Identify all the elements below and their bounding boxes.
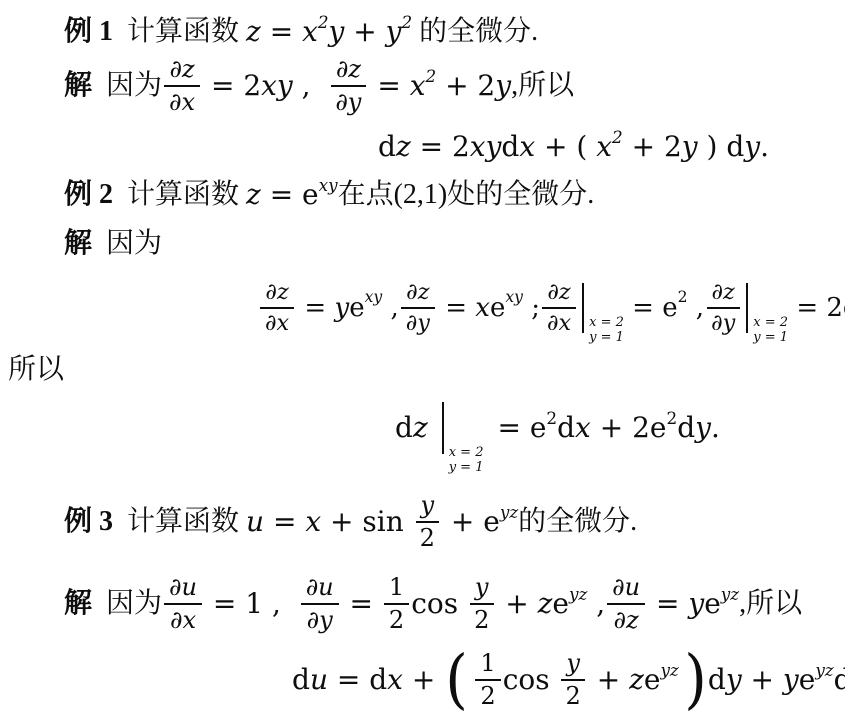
superscript: 2 <box>546 409 557 427</box>
denominator: ∂y <box>401 309 435 337</box>
numerator: ∂z <box>401 280 434 309</box>
math-text: e <box>490 294 505 323</box>
cjk-text: 所以 <box>8 355 64 386</box>
math-text: , <box>382 294 399 323</box>
math-text: , <box>688 294 705 323</box>
math-variable: y <box>695 413 711 444</box>
math-variable: y <box>386 17 402 48</box>
math-text: + <box>403 665 444 696</box>
math-variable: u <box>310 665 328 696</box>
numerator: ∂u <box>301 574 339 605</box>
evaluation-point-line: y = 1 <box>753 330 788 345</box>
cjk-text: 的全微分. <box>518 507 637 538</box>
math-text: = <box>261 17 302 48</box>
superscript: yz <box>660 661 678 679</box>
math-text: d <box>557 413 575 444</box>
evaluation-point-line: x = 2 <box>449 445 484 460</box>
cjk-text: 的全微分. <box>412 17 538 48</box>
math-text: e <box>799 665 816 696</box>
denominator: ∂y <box>302 605 338 635</box>
superscript: xy <box>365 289 383 306</box>
cjk-bold-text: 例 3 <box>64 507 113 538</box>
evaluation-point-line: x = 2 <box>589 315 624 330</box>
math-text: + 2 <box>436 71 495 102</box>
example2-result-equation: dzx = 2y = 1= e2dx + 2e2dy. <box>395 396 720 460</box>
math-text: = e <box>261 180 319 211</box>
denominator: ∂y <box>330 87 366 117</box>
superscript: 2 <box>401 13 412 31</box>
evaluation-bar: x = 2y = 1 <box>442 402 484 454</box>
numerator: ∂u <box>164 574 202 605</box>
cjk-bold-text: 解 <box>64 229 92 260</box>
math-variable: x <box>596 132 612 163</box>
example1-solution-line: 解 因为∂z∂x = 2xy , ∂z∂y = x2 + 2y,所以 <box>64 56 574 116</box>
denominator: ∂z <box>609 605 644 635</box>
denominator: ∂x <box>165 605 201 635</box>
cjk-text: 计算函数 <box>113 180 246 211</box>
fraction: ∂u∂x <box>164 574 202 634</box>
math-text: + <box>496 589 537 620</box>
fraction: ∂u∂y <box>301 574 339 634</box>
math-text: + <box>588 665 629 696</box>
math-text: = 2e <box>788 294 845 323</box>
math-variable: x <box>519 132 535 163</box>
big-parenthesis: ) <box>684 648 707 712</box>
fraction: ∂z∂y <box>706 280 740 336</box>
superscript: yz <box>500 503 518 521</box>
numerator: ∂z <box>260 280 293 309</box>
math-text: , <box>293 71 329 102</box>
math-variable: x <box>387 665 403 696</box>
denominator: ∂y <box>706 309 740 337</box>
fraction: 12 <box>384 574 409 634</box>
example2-partials-equation: ∂z∂x = yexy ,∂z∂y = xexy ;∂z∂xx = 2y = 1… <box>258 266 845 350</box>
denominator: 2 <box>384 605 409 635</box>
math-text: d <box>834 665 845 696</box>
math-text: = <box>264 507 305 538</box>
denominator: 2 <box>469 605 494 635</box>
numerator: ∂z <box>331 56 366 87</box>
denominator: ∂x <box>260 309 294 337</box>
superscript: 2 <box>425 67 436 85</box>
math-text: + <box>742 665 783 696</box>
superscript: 2 <box>318 13 329 31</box>
math-text: = e <box>497 413 546 444</box>
example3-result-equation: du = dx + (12cos y2 + zeyz)dy + yeyzdz. <box>292 644 845 716</box>
cjk-text: 计算函数 <box>113 17 246 48</box>
denominator: ∂x <box>164 87 200 117</box>
numerator: 1 <box>384 574 409 605</box>
fraction: ∂z∂y <box>401 280 435 336</box>
superscript: yz <box>721 585 739 603</box>
math-text: . <box>711 413 720 444</box>
numerator: 1 <box>475 650 500 681</box>
math-variable: y <box>688 589 704 620</box>
cjk-text: 因为 <box>92 589 162 620</box>
numerator: ∂z <box>164 56 199 87</box>
math-text: . <box>760 132 769 163</box>
example3-solution-line: 解 因为∂u∂x = 1 , ∂u∂y = 12cos y2 + zeyz ,∂… <box>64 570 802 638</box>
example2-title-line: 例 2 计算函数 z = exy在点(2,1)处的全微分. <box>64 174 594 216</box>
math-text: ; <box>523 294 540 323</box>
math-variable: z <box>396 132 411 163</box>
cjk-bold-text: 解 <box>64 589 92 620</box>
math-text: = 2 <box>202 71 261 102</box>
fraction: ∂z∂x <box>260 280 294 336</box>
cjk-text: 在点(2,1)处的全微分. <box>338 180 595 211</box>
math-variable: y <box>783 665 799 696</box>
evaluation-point-line: y = 1 <box>449 460 484 475</box>
math-variable: x <box>410 71 426 102</box>
fraction: y2 <box>415 492 440 552</box>
big-parenthesis: ( <box>445 648 468 712</box>
evaluation-bar: x = 2y = 1 <box>746 283 788 333</box>
math-text: e <box>704 589 721 620</box>
fraction: ∂u∂z <box>607 574 645 634</box>
math-text: + sin <box>321 507 413 538</box>
cjk-bold-text: 例 1 <box>64 17 113 48</box>
math-variable: y <box>329 17 345 48</box>
fraction: ∂z∂x <box>542 280 576 336</box>
math-text: = <box>647 589 688 620</box>
math-variable: y <box>682 132 698 163</box>
superscript: yz <box>569 585 587 603</box>
numerator: ∂z <box>707 280 740 309</box>
math-variable: z <box>629 665 644 696</box>
example3-title-line: 例 3 计算函数 u = x + sin y2 + eyz的全微分. <box>64 488 637 556</box>
math-text: = 1 , <box>204 589 299 620</box>
evaluation-point-line: y = 1 <box>589 330 624 345</box>
denominator: ∂x <box>542 309 576 337</box>
denominator: 2 <box>475 681 500 711</box>
numerator: y <box>416 492 440 523</box>
vertical-rule <box>582 283 584 333</box>
example2-solution-intro-line: 解 因为 <box>64 224 162 264</box>
math-variable: y <box>726 665 742 696</box>
math-variable: x <box>302 17 318 48</box>
math-text: + e <box>442 507 500 538</box>
math-variable: x <box>575 413 591 444</box>
math-variable: z <box>538 589 553 620</box>
math-text: d <box>395 413 413 444</box>
numerator: y <box>470 574 494 605</box>
fraction: 12 <box>475 650 500 710</box>
math-variable: y <box>495 71 511 102</box>
math-text: d <box>708 665 726 696</box>
math-variable: u <box>246 507 264 538</box>
math-text: d <box>292 665 310 696</box>
math-text: d <box>677 413 695 444</box>
math-text: = 2 <box>411 132 470 163</box>
math-text: + <box>344 17 385 48</box>
example1-result-equation: dz = 2xydx + ( x2 + 2y ) dy. <box>378 124 769 170</box>
vertical-rule <box>442 402 444 454</box>
math-text: d <box>501 132 519 163</box>
denominator: 2 <box>415 523 440 553</box>
cjk-text: ,所以 <box>739 589 802 620</box>
math-text: ) d <box>698 132 745 163</box>
math-text: , <box>587 589 605 620</box>
superscript: xy <box>505 289 523 306</box>
math-text: = <box>341 589 382 620</box>
evaluation-point: x = 2y = 1 <box>753 315 788 345</box>
math-variable: y <box>335 294 350 323</box>
math-text: + 2 <box>623 132 682 163</box>
math-text: e <box>644 665 661 696</box>
math-text: e <box>552 589 569 620</box>
math-text: + ( <box>535 132 596 163</box>
cjk-text: 因为 <box>92 229 162 260</box>
math-text: cos <box>503 665 559 696</box>
math-text: = d <box>328 665 387 696</box>
evaluation-point-line: x = 2 <box>753 315 788 330</box>
numerator: ∂z <box>542 280 575 309</box>
evaluation-point: x = 2y = 1 <box>589 315 624 345</box>
math-variable: xy <box>261 71 293 102</box>
math-variable: xy <box>470 132 502 163</box>
superscript: xy <box>319 176 338 194</box>
math-text: + 2e <box>591 413 667 444</box>
fraction: ∂z∂y <box>330 56 366 116</box>
evaluation-bar: x = 2y = 1 <box>582 283 624 333</box>
vertical-rule <box>746 283 748 333</box>
numerator: ∂u <box>607 574 645 605</box>
math-text: cos <box>411 589 467 620</box>
math-text: = e <box>624 294 678 323</box>
math-variable: z <box>413 413 428 444</box>
textbook-page: 例 1 计算函数 z = x2y + y2 的全微分. 解 因为∂z∂x = 2… <box>0 0 845 724</box>
math-variable: z <box>246 180 261 211</box>
math-variable: z <box>246 17 261 48</box>
math-text: = <box>368 71 409 102</box>
cjk-bold-text: 解 <box>64 71 92 102</box>
superscript: 2 <box>667 409 678 427</box>
example1-title-line: 例 1 计算函数 z = x2y + y2 的全微分. <box>64 10 538 54</box>
cjk-text: 计算函数 <box>113 507 246 538</box>
cjk-bold-text: 例 2 <box>64 180 113 211</box>
math-variable: x <box>305 507 321 538</box>
math-text: = <box>296 294 334 323</box>
cjk-text: ,所以 <box>511 71 574 102</box>
fraction: y2 <box>469 574 494 634</box>
math-variable: y <box>744 132 760 163</box>
superscript: 2 <box>678 289 688 306</box>
math-text: d <box>378 132 396 163</box>
cjk-text: 因为 <box>92 71 162 102</box>
suoyi-connector-line: 所以 <box>8 350 64 390</box>
math-variable: x <box>475 294 490 323</box>
math-text: e <box>349 294 364 323</box>
evaluation-point: x = 2y = 1 <box>449 445 484 475</box>
superscript: yz <box>815 661 833 679</box>
denominator: 2 <box>561 681 586 711</box>
numerator: y <box>561 650 585 681</box>
fraction: y2 <box>561 650 586 710</box>
math-text: = <box>437 294 475 323</box>
superscript: 2 <box>612 128 623 146</box>
fraction: ∂z∂x <box>164 56 200 116</box>
